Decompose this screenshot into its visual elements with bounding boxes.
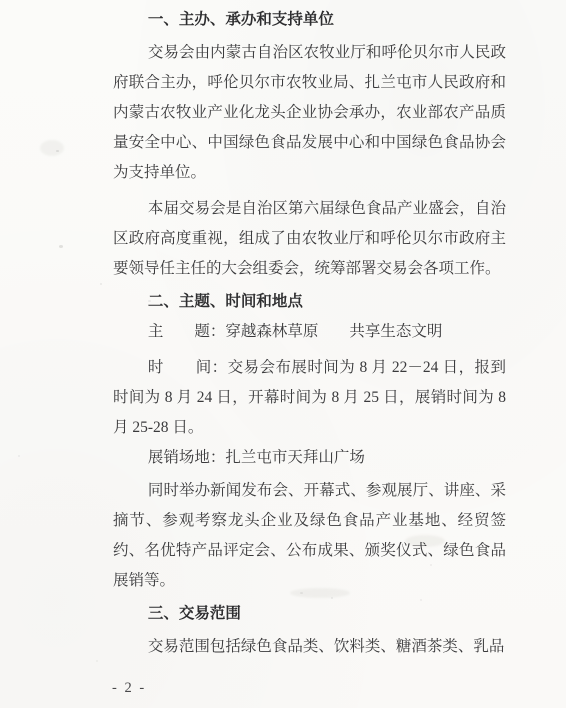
para-time: 时 间：交易会布展时间为 8 月 22－24 日，报到时间为 8 月 24 日，… <box>113 353 506 443</box>
document-body: 一、主办、承办和支持单位 交易会由内蒙古自治区农牧业厅和呼伦贝尔市人民政府联合主… <box>113 5 506 662</box>
para-organizers: 交易会由内蒙古自治区农牧业厅和呼伦贝尔市人民政府联合主办，呼伦贝尔市农牧业局、扎… <box>113 38 506 188</box>
scan-speck <box>56 150 59 152</box>
line-theme: 主 题：穿越森林草原 共享生态文明 <box>113 317 506 347</box>
para-trade-scope: 交易范围包括绿色食品类、饮料类、糖酒茶类、乳品 <box>113 632 506 662</box>
scan-speck <box>59 245 63 248</box>
para-activities: 同时举办新闻发布会、开幕式、参观展厅、讲座、采摘节、参观考察龙头企业及绿色食品产… <box>113 476 506 596</box>
line-venue: 展销场地：扎兰屯市天拜山广场 <box>113 443 506 473</box>
heading-theme-time-venue: 二、主题、时间和地点 <box>113 287 506 317</box>
heading-organizers: 一、主办、承办和支持单位 <box>113 5 506 35</box>
scan-smudge <box>40 140 64 156</box>
scan-speck <box>96 660 98 662</box>
heading-trade-scope: 三、交易范围 <box>113 599 506 629</box>
scan-speck <box>18 455 20 457</box>
page-number: - 2 - <box>112 680 146 697</box>
document-page: 一、主办、承办和支持单位 交易会由内蒙古自治区农牧业厅和呼伦贝尔市人民政府联合主… <box>0 0 566 708</box>
scan-speck <box>100 283 102 285</box>
para-committee: 本届交易会是自治区第六届绿色食品产业盛会，自治区政府高度重视，组成了由农牧业厅和… <box>113 194 506 284</box>
